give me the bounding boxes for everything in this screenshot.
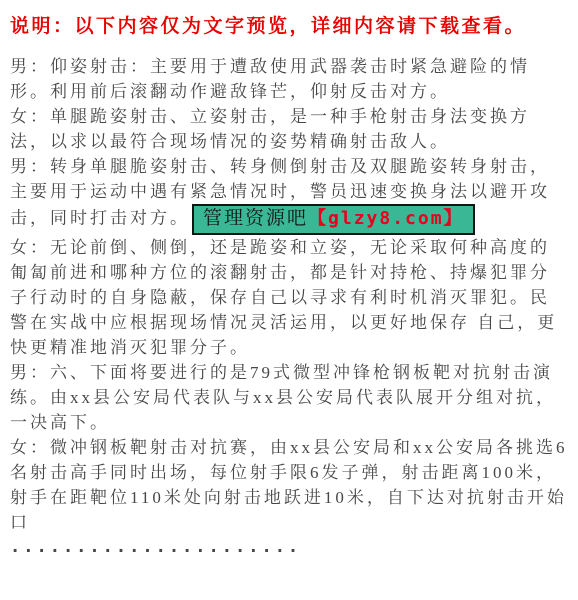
preview-notice-heading: 说明：以下内容仅为文字预览，详细内容请下载查看。 (10, 14, 568, 40)
ellipsis-line: ...................... (10, 535, 568, 560)
paragraph-female-2: 女：无论前倒、侧倒，还是跪姿和立姿，无论采取何种高度的匍匐前进和哪种方位的滚翻射… (10, 235, 568, 360)
paragraph-female-1: 女：单腿跪姿射击、立姿射击，是一种手枪射击身法变换方法，以求以最符合现场情况的姿… (10, 104, 568, 154)
paragraph-female-3: 女：微冲钢板靶射击对抗赛，由xx县公安局和xx公安局各挑选6名射击高手同时出场，… (10, 435, 568, 535)
watermark-site-url: 【glzy8.com】 (308, 208, 464, 229)
watermark-site-name: 管理资源吧 (203, 208, 308, 229)
document-preview-page: 说明：以下内容仅为文字预览，详细内容请下载查看。 男：仰姿射击：主要用于遭敌使用… (0, 0, 578, 600)
paragraph-male-1: 男：仰姿射击：主要用于遭敌使用武器袭击时紧急避险的情形。利用前后滚翻动作避敌锋芒… (10, 54, 568, 104)
paragraph-male-3: 男：六、下面将要进行的是79式微型冲锋枪钢板靶对抗射击演练。由xx县公安局代表队… (10, 360, 568, 435)
document-body: 男：仰姿射击：主要用于遭敌使用武器袭击时紧急避险的情形。利用前后滚翻动作避敌锋芒… (10, 54, 568, 560)
glzy8-watermark-badge[interactable]: 管理资源吧【glzy8.com】 (192, 204, 475, 235)
paragraph-male-2: 男：转身单腿脆姿射击、转身侧倒射击及双腿跪姿转身射击，主要用于运动中遇有紧急情况… (10, 154, 568, 235)
